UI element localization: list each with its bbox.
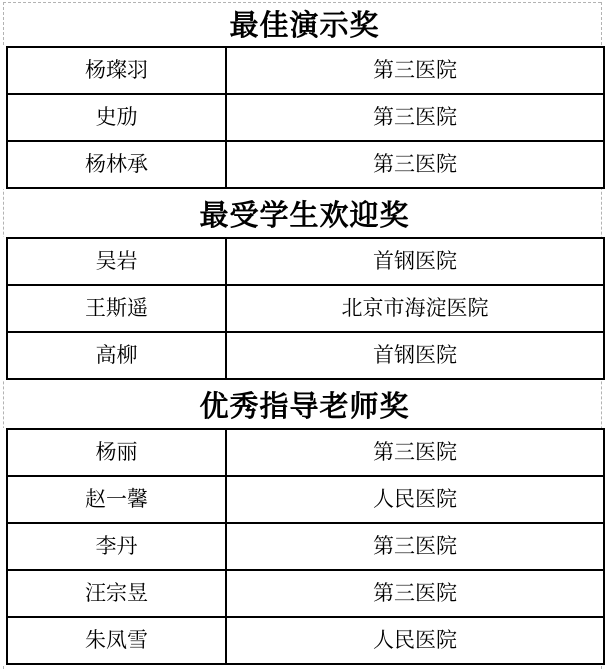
awards-table: 杨丽 第三医院 赵一馨 人民医院 李丹 第三医院 汪宗昱 第三医院 朱凤雪 人民… <box>6 428 605 665</box>
awards-table: 杨璨羽 第三医院 史劢 第三医院 杨林承 第三医院 <box>6 46 605 189</box>
hospital-cell: 人民医院 <box>226 617 604 664</box>
document-page: 最佳演示奖 杨璨羽 第三医院 史劢 第三医院 杨林承 第三医院 最受学生欢迎奖 <box>0 0 609 665</box>
award-section: 最受学生欢迎奖 吴岩 首钢医院 王斯遥 北京市海淀医院 高柳 首钢医院 <box>0 189 609 380</box>
table-row: 赵一馨 人民医院 <box>7 476 604 523</box>
awards-table-wrap: 吴岩 首钢医院 王斯遥 北京市海淀医院 高柳 首钢医院 <box>0 237 609 380</box>
table-row: 朱凤雪 人民医院 <box>7 617 604 664</box>
winner-name-cell: 汪宗昱 <box>7 570 226 617</box>
winner-name-cell: 李丹 <box>7 523 226 570</box>
winner-name-cell: 吴岩 <box>7 238 226 285</box>
winner-name-cell: 杨林承 <box>7 141 226 188</box>
table-row: 高柳 首钢医院 <box>7 332 604 379</box>
hospital-cell: 第三医院 <box>226 94 604 141</box>
table-row: 吴岩 首钢医院 <box>7 238 604 285</box>
winner-name-cell: 高柳 <box>7 332 226 379</box>
hospital-cell: 第三医院 <box>226 47 604 94</box>
award-section: 最佳演示奖 杨璨羽 第三医院 史劢 第三医院 杨林承 第三医院 <box>0 1 609 189</box>
winner-name-cell: 史劢 <box>7 94 226 141</box>
table-row: 史劢 第三医院 <box>7 94 604 141</box>
hospital-cell: 人民医院 <box>226 476 604 523</box>
hospital-cell: 第三医院 <box>226 429 604 476</box>
table-row: 杨丽 第三医院 <box>7 429 604 476</box>
table-row: 汪宗昱 第三医院 <box>7 570 604 617</box>
winner-name-cell: 朱凤雪 <box>7 617 226 664</box>
table-row: 杨璨羽 第三医院 <box>7 47 604 94</box>
section-title: 优秀指导老师奖 <box>0 380 609 428</box>
awards-table-wrap: 杨丽 第三医院 赵一馨 人民医院 李丹 第三医院 汪宗昱 第三医院 朱凤雪 人民… <box>0 428 609 665</box>
hospital-cell: 第三医院 <box>226 141 604 188</box>
winner-name-cell: 杨璨羽 <box>7 47 226 94</box>
table-row: 杨林承 第三医院 <box>7 141 604 188</box>
hospital-cell: 第三医院 <box>226 523 604 570</box>
table-row: 王斯遥 北京市海淀医院 <box>7 285 604 332</box>
awards-table: 吴岩 首钢医院 王斯遥 北京市海淀医院 高柳 首钢医院 <box>6 237 605 380</box>
section-title: 最佳演示奖 <box>0 1 609 46</box>
hospital-cell: 第三医院 <box>226 570 604 617</box>
awards-table-wrap: 杨璨羽 第三医院 史劢 第三医院 杨林承 第三医院 <box>0 46 609 189</box>
section-title: 最受学生欢迎奖 <box>0 189 609 237</box>
table-row: 李丹 第三医院 <box>7 523 604 570</box>
winner-name-cell: 王斯遥 <box>7 285 226 332</box>
hospital-cell: 首钢医院 <box>226 332 604 379</box>
award-sections: 最佳演示奖 杨璨羽 第三医院 史劢 第三医院 杨林承 第三医院 最受学生欢迎奖 <box>0 1 609 665</box>
hospital-cell: 首钢医院 <box>226 238 604 285</box>
winner-name-cell: 杨丽 <box>7 429 226 476</box>
award-section: 优秀指导老师奖 杨丽 第三医院 赵一馨 人民医院 李丹 第三医院 汪宗昱 第三医… <box>0 380 609 665</box>
winner-name-cell: 赵一馨 <box>7 476 226 523</box>
hospital-cell: 北京市海淀医院 <box>226 285 604 332</box>
